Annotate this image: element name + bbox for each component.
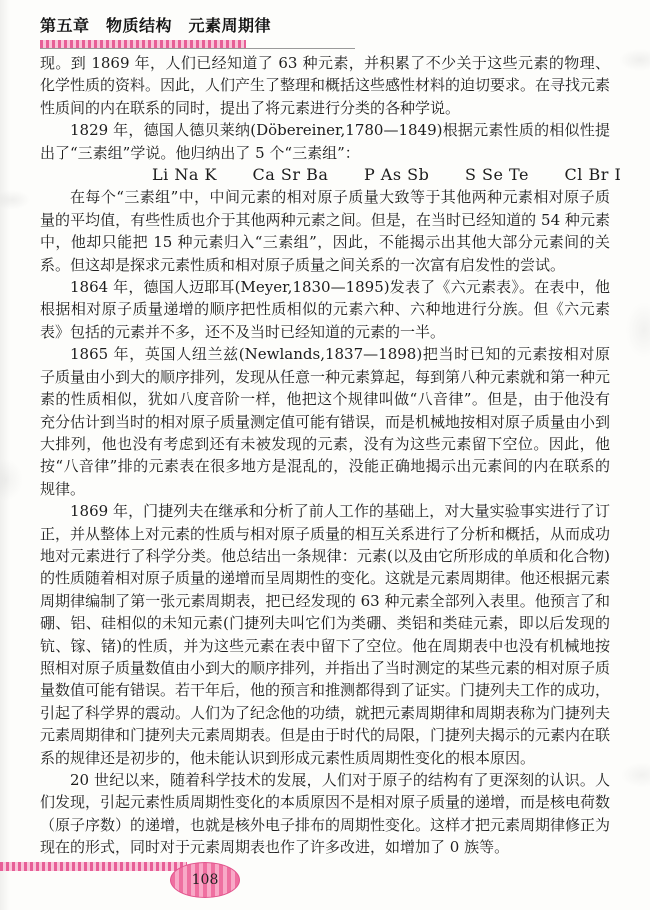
paragraph-triad-analysis: 在每个“三素组”中，中间元素的相对原子质量大致等于其他两种元素相对原子质量的平均… [40, 186, 610, 276]
page-number: 108 [192, 872, 219, 888]
textbook-page: 第五章 物质结构 元素周期律 现。到 1869 年，人们已经知道了 63 种元素… [0, 0, 650, 910]
footer-stripe-bar [0, 862, 187, 871]
triad-group-2: Ca Sr Ba [253, 165, 329, 184]
paragraph-dobereiner: 1829 年，德国人德贝莱纳(Döbereiner,1780—1849)根据元素… [40, 119, 610, 164]
triad-group-5: Cl Br I [565, 165, 622, 184]
page-number-badge: 108 [170, 862, 240, 898]
paragraph-newlands: 1865 年，英国人纽兰兹(Newlands,1837—1898)把当时已知的元… [40, 343, 610, 500]
paragraph-continuation: 现。到 1869 年，人们已经知道了 63 种元素，并积累了不少关于这些元素的物… [40, 52, 610, 119]
paragraph-meyer: 1864 年，德国人迈耶耳(Meyer,1830—1895)发表了《六元素表》。… [40, 276, 610, 343]
triad-group-1: Li Na K [152, 165, 217, 184]
header-stripe-bar [40, 40, 246, 48]
chapter-header: 第五章 物质结构 元素周期律 [40, 13, 271, 36]
triad-group-3: P As Sb [364, 165, 429, 184]
paragraph-mendeleev: 1869 年，门捷列夫在继承和分析了前人工作的基础上，对大量实验事实进行了订正，… [40, 500, 610, 769]
paragraph-20th-century: 20 世纪以来，随着科学技术的发展，人们对于原子的结构有了更深刻的认识。人们发现… [40, 769, 610, 859]
header-rule-line [40, 48, 355, 49]
triad-group-4: S Se Te [465, 165, 529, 184]
body-text: 现。到 1869 年，人们已经知道了 63 种元素，并积累了不少关于这些元素的物… [40, 52, 610, 859]
triad-groups-row: Li Na K Ca Sr Ba P As Sb S Se Te Cl Br I [40, 164, 610, 186]
